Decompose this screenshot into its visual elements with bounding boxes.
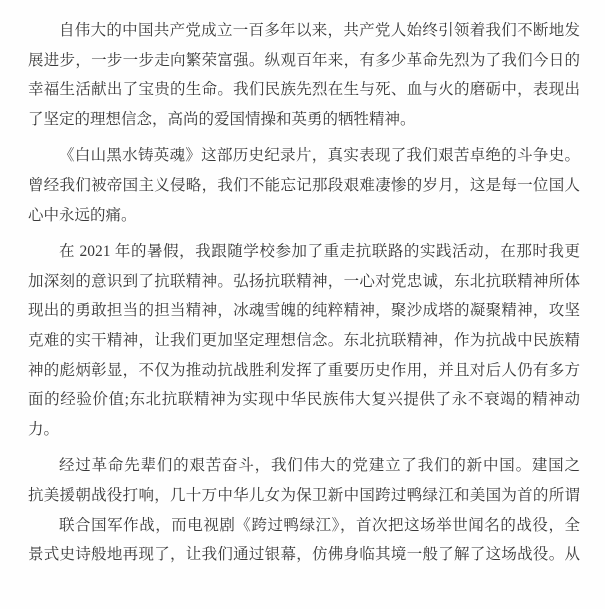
paragraph: 经过革命先辈们的艰苦奋斗，我们伟大的党建立了我们的新中国。建国之初，抗美援朝战役…: [28, 451, 580, 569]
text-line: 加深刻的意识到了抗联精神。弘扬抗联精神，一心对党忠诚，东北抗联精神所体: [28, 267, 580, 297]
text-line: 力。: [28, 415, 580, 445]
text-line: 展进步，一步一步走向繁荣富强。纵观百年来，有多少革命先烈为了我们今日的: [28, 46, 580, 76]
text-line: 在 2021 年的暑假，我跟随学校参加了重走抗联路的实践活动，在那时我更: [28, 237, 580, 267]
text-line: 联合国军作战，而电视剧《跨过鸭绿江》，首次把这场举世闻名的战役，全: [28, 511, 580, 541]
text-line: 自伟大的中国共产党成立一百多年以来，共产党人始终引领着我们不断地发: [28, 16, 580, 46]
text-line: 面的经验价值;东北抗联精神为实现中华民族伟大复兴提供了永不衰竭的精神动: [28, 385, 580, 415]
paragraph: 在 2021 年的暑假，我跟随学校参加了重走抗联路的实践活动，在那时我更加深刻的…: [28, 237, 580, 444]
text-line: 经过革命先辈们的艰苦奋斗，我们伟大的党建立了我们的新中国。建国之初，: [28, 451, 580, 481]
text-line: 抗美援朝战役打响，几十万中华儿女为保卫新中国跨过鸭绿江和美国为首的所谓: [28, 481, 580, 511]
paragraph: 《白山黑水铸英魂》这部历史纪录片，真实表现了我们艰苦卓绝的斗争史。曾经我们被帝国…: [28, 141, 580, 230]
text-line: 神的彪炳彰显，不仅为推动抗战胜利发挥了重要历史作用，并且对后人仍有多方: [28, 356, 580, 386]
paragraph: 自伟大的中国共产党成立一百多年以来，共产党人始终引领着我们不断地发展进步，一步一…: [28, 16, 580, 134]
text-line: 景式史诗般地再现了，让我们通过银幕，仿佛身临其境一般了解了这场战役。从: [28, 540, 580, 570]
text-line: 现出的勇敢担当的担当精神，冰魂雪魄的纯粹精神，聚沙成塔的凝聚精神，攻坚: [28, 296, 580, 326]
text-line: 了坚定的理想信念，高尚的爱国情操和英勇的牺牲精神。: [28, 105, 580, 135]
text-line: 克难的实干精神，让我们更加坚定理想信念。东北抗联精神，作为抗战中民族精: [28, 326, 580, 356]
text-line: 幸福生活献出了宝贵的生命。我们民族先烈在生与死、血与火的磨砺中，表现出: [28, 75, 580, 105]
text-line: 曾经我们被帝国主义侵略，我们不能忘记那段艰难凄惨的岁月，这是每一位国人: [28, 171, 580, 201]
text-line: 《白山黑水铸英魂》这部历史纪录片，真实表现了我们艰苦卓绝的斗争史。: [28, 141, 580, 171]
text-line: 心中永远的痛。: [28, 201, 580, 231]
document-page: 自伟大的中国共产党成立一百多年以来，共产党人始终引领着我们不断地发展进步，一步一…: [0, 0, 605, 609]
